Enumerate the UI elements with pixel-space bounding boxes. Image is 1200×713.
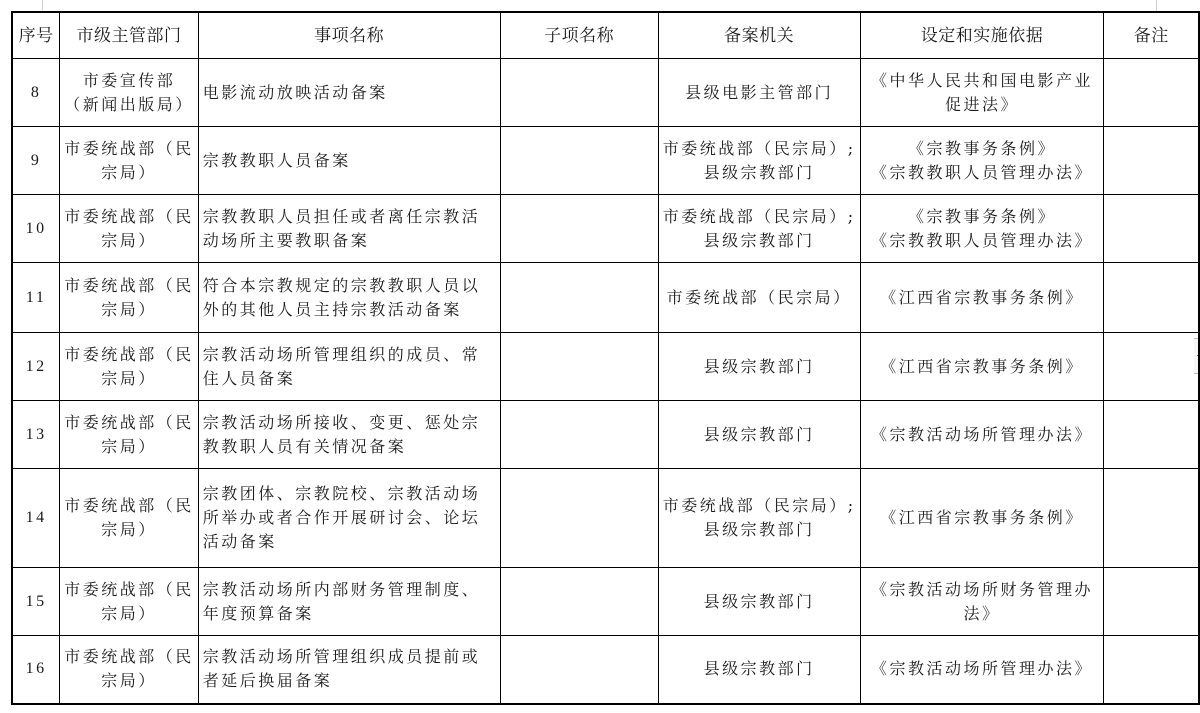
cell-remarks [1104,195,1199,263]
cell-legal-basis: 《宗教活动场所财务管理办法》 [860,568,1104,636]
header-sub-item: 子项名称 [500,12,658,59]
cell-item-name: 符合本宗教规定的宗教教职人员以外的其他人员主持宗教活动备案 [198,263,500,333]
cell-serial: 13 [12,401,60,469]
cell-filing-authority-line: 市委统战部（民宗局）; [663,494,856,518]
cell-legal-basis: 《宗教活动场所管理办法》 [860,636,1104,704]
cell-department-line: 市委统战部（民 [64,494,194,518]
table-row: 8市委宣传部（新闻出版局）电影流动放映活动备案县级电影主管部门《中华人民共和国电… [12,59,1199,127]
cell-filing-authority: 县级宗教部门 [658,568,860,636]
cell-legal-basis-line: 《宗教事务条例》 [865,205,1100,229]
cell-filing-authority-line: 县级宗教部门 [663,423,856,447]
cell-sub-item [500,127,658,195]
cell-department: 市委统战部（民宗局） [60,568,199,636]
cell-department-line: 市委统战部（民 [64,645,194,669]
cell-sub-item [500,469,658,568]
cell-serial: 10 [12,195,60,263]
cell-filing-authority: 县级电影主管部门 [658,59,860,127]
cell-legal-basis-line: 《江西省宗教事务条例》 [865,506,1100,530]
filing-items-table: 序号 市级主管部门 事项名称 子项名称 备案机关 设定和实施依据 备注 8市委宣… [11,11,1200,705]
cell-legal-basis-line: 《江西省宗教事务条例》 [865,286,1100,310]
table-row: 15市委统战部（民宗局）宗教活动场所内部财务管理制度、年度预算备案县级宗教部门《… [12,568,1199,636]
cell-filing-authority-line: 县级宗教部门 [663,518,856,542]
cell-department: 市委统战部（民宗局） [60,469,199,568]
cell-item-name-line: 宗教教职人员担任或者离任宗教活 [203,205,496,229]
cell-department-line: 市委统战部（民 [64,137,194,161]
cell-item-name-line: 活动备案 [203,530,496,554]
cell-sub-item [500,195,658,263]
cell-remarks [1104,401,1199,469]
cell-item-name-line: 动场所主要教职备案 [203,229,496,253]
cell-filing-authority: 县级宗教部门 [658,333,860,401]
cell-filing-authority: 县级宗教部门 [658,401,860,469]
cell-filing-authority-line: 县级宗教部门 [663,657,856,681]
table-row: 16市委统战部（民宗局）宗教活动场所管理组织成员提前或者延后换届备案县级宗教部门… [12,636,1199,704]
cell-department: 市委宣传部（新闻出版局） [60,59,199,127]
cell-department-line: 市委统战部（民 [64,274,194,298]
cell-department-line: 宗局） [64,161,194,185]
cell-item-name-line: 外的其他人员主持宗教活动备案 [203,298,496,322]
cell-filing-authority: 市委统战部（民宗局）;县级宗教部门 [658,127,860,195]
cell-item-name: 宗教团体、宗教院校、宗教活动场所举办或者合作开展研讨会、论坛活动备案 [198,469,500,568]
cell-legal-basis-line: 《宗教事务条例》 [865,137,1100,161]
cell-sub-item [500,333,658,401]
cell-item-name-line: 住人员备案 [203,367,496,391]
cell-serial: 14 [12,469,60,568]
cell-legal-basis-line: 《宗教活动场所管理办法》 [865,657,1100,681]
cell-legal-basis: 《宗教事务条例》《宗教教职人员管理办法》 [860,127,1104,195]
header-department: 市级主管部门 [60,12,199,59]
cell-filing-authority: 县级宗教部门 [658,636,860,704]
cell-filing-authority-line: 市委统战部（民宗局） [663,286,856,310]
cell-department-line: 市委统战部（民 [64,411,194,435]
cell-filing-authority-line: 县级宗教部门 [663,355,856,379]
cell-remarks [1104,568,1199,636]
cell-filing-authority-line: 县级电影主管部门 [663,81,856,105]
cell-remarks [1104,636,1199,704]
table-row: 11市委统战部（民宗局）符合本宗教规定的宗教教职人员以外的其他人员主持宗教活动备… [12,263,1199,333]
table-row: 12市委统战部（民宗局）宗教活动场所管理组织的成员、常住人员备案县级宗教部门《江… [12,333,1199,401]
cell-legal-basis-line: 《宗教活动场所财务管理办 [865,578,1100,602]
cell-legal-basis-line: 《宗教活动场所管理办法》 [865,423,1100,447]
cell-filing-authority-line: 市委统战部（民宗局）; [663,137,856,161]
cell-item-name-line: 宗教活动场所管理组织的成员、常 [203,343,496,367]
cell-department-line: 市委宣传部 [64,69,194,93]
cell-department-line: 市委统战部（民 [64,343,194,367]
cell-filing-authority-line: 县级宗教部门 [663,590,856,614]
cell-department-line: 宗局） [64,518,194,542]
cell-department-line: 宗局） [64,669,194,693]
cell-department: 市委统战部（民宗局） [60,127,199,195]
cell-department: 市委统战部（民宗局） [60,636,199,704]
cell-filing-authority-line: 县级宗教部门 [663,161,856,185]
cell-department-line: 市委统战部（民 [64,205,194,229]
cell-item-name-line: 者延后换届备案 [203,669,496,693]
cell-item-name-line: 宗教教职人员备案 [203,149,496,173]
cell-legal-basis-line: 《宗教教职人员管理办法》 [865,161,1100,185]
cell-filing-authority: 市委统战部（民宗局） [658,263,860,333]
cell-legal-basis: 《宗教事务条例》《宗教教职人员管理办法》 [860,195,1104,263]
cell-item-name-line: 宗教活动场所管理组织成员提前或 [203,645,496,669]
cell-legal-basis-line: 《中华人民共和国电影产业 [865,69,1100,93]
cell-item-name-line: 年度预算备案 [203,602,496,626]
table-row: 9市委统战部（民宗局）宗教教职人员备案市委统战部（民宗局）;县级宗教部门《宗教事… [12,127,1199,195]
cell-remarks [1104,263,1199,333]
cell-remarks [1104,333,1199,401]
table-row: 10市委统战部（民宗局）宗教教职人员担任或者离任宗教活动场所主要教职备案市委统战… [12,195,1199,263]
cell-item-name: 宗教活动场所接收、变更、惩处宗教教职人员有关情况备案 [198,401,500,469]
cell-serial: 8 [12,59,60,127]
cell-serial: 11 [12,263,60,333]
header-legal-basis: 设定和实施依据 [860,12,1104,59]
cell-legal-basis: 《宗教活动场所管理办法》 [860,401,1104,469]
table-row: 14市委统战部（民宗局）宗教团体、宗教院校、宗教活动场所举办或者合作开展研讨会、… [12,469,1199,568]
cell-item-name: 电影流动放映活动备案 [198,59,500,127]
header-filing-authority: 备案机关 [658,12,860,59]
cell-legal-basis-line: 法》 [865,602,1100,626]
cell-legal-basis: 《江西省宗教事务条例》 [860,333,1104,401]
cell-department-line: 宗局） [64,602,194,626]
header-item-name: 事项名称 [198,12,500,59]
cell-sub-item [500,636,658,704]
cell-item-name: 宗教活动场所管理组织成员提前或者延后换届备案 [198,636,500,704]
cell-remarks [1104,127,1199,195]
cell-department: 市委统战部（民宗局） [60,333,199,401]
cell-sub-item [500,59,658,127]
cell-department-line: 市委统战部（民 [64,578,194,602]
cell-department-line: 宗局） [64,229,194,253]
cell-sub-item [500,568,658,636]
cell-legal-basis-line: 促进法》 [865,93,1100,117]
table-body: 8市委宣传部（新闻出版局）电影流动放映活动备案县级电影主管部门《中华人民共和国电… [12,59,1199,704]
cell-department: 市委统战部（民宗局） [60,195,199,263]
cell-department-line: （新闻出版局） [64,93,194,117]
cell-remarks [1104,469,1199,568]
cell-item-name: 宗教教职人员备案 [198,127,500,195]
cell-item-name-line: 教教职人员有关情况备案 [203,435,496,459]
cell-serial: 15 [12,568,60,636]
table-header-row: 序号 市级主管部门 事项名称 子项名称 备案机关 设定和实施依据 备注 [12,12,1199,59]
cell-item-name-line: 宗教团体、宗教院校、宗教活动场 [203,482,496,506]
cell-department-line: 宗局） [64,298,194,322]
cell-legal-basis: 《江西省宗教事务条例》 [860,469,1104,568]
cell-filing-authority: 市委统战部（民宗局）;县级宗教部门 [658,195,860,263]
cell-remarks [1104,59,1199,127]
cell-sub-item [500,263,658,333]
cell-item-name-line: 宗教活动场所接收、变更、惩处宗 [203,411,496,435]
cell-legal-basis-line: 《江西省宗教事务条例》 [865,355,1100,379]
cell-filing-authority-line: 市委统战部（民宗局）; [663,205,856,229]
cell-item-name-line: 宗教活动场所内部财务管理制度、 [203,578,496,602]
cell-legal-basis: 《江西省宗教事务条例》 [860,263,1104,333]
cell-item-name: 宗教教职人员担任或者离任宗教活动场所主要教职备案 [198,195,500,263]
table-row: 13市委统战部（民宗局）宗教活动场所接收、变更、惩处宗教教职人员有关情况备案县级… [12,401,1199,469]
cell-serial: 16 [12,636,60,704]
cell-item-name: 宗教活动场所管理组织的成员、常住人员备案 [198,333,500,401]
header-serial: 序号 [12,12,60,59]
cell-filing-authority: 市委统战部（民宗局）;县级宗教部门 [658,469,860,568]
cell-department: 市委统战部（民宗局） [60,401,199,469]
cell-legal-basis-line: 《宗教教职人员管理办法》 [865,229,1100,253]
cell-department-line: 宗局） [64,367,194,391]
cell-serial: 12 [12,333,60,401]
header-remarks: 备注 [1104,12,1199,59]
cell-item-name-line: 所举办或者合作开展研讨会、论坛 [203,506,496,530]
cell-department: 市委统战部（民宗局） [60,263,199,333]
cell-filing-authority-line: 县级宗教部门 [663,229,856,253]
cell-item-name: 宗教活动场所内部财务管理制度、年度预算备案 [198,568,500,636]
cell-serial: 9 [12,127,60,195]
cell-item-name-line: 符合本宗教规定的宗教教职人员以 [203,274,496,298]
cell-legal-basis: 《中华人民共和国电影产业促进法》 [860,59,1104,127]
cell-item-name-line: 电影流动放映活动备案 [203,81,496,105]
cell-sub-item [500,401,658,469]
cell-department-line: 宗局） [64,435,194,459]
